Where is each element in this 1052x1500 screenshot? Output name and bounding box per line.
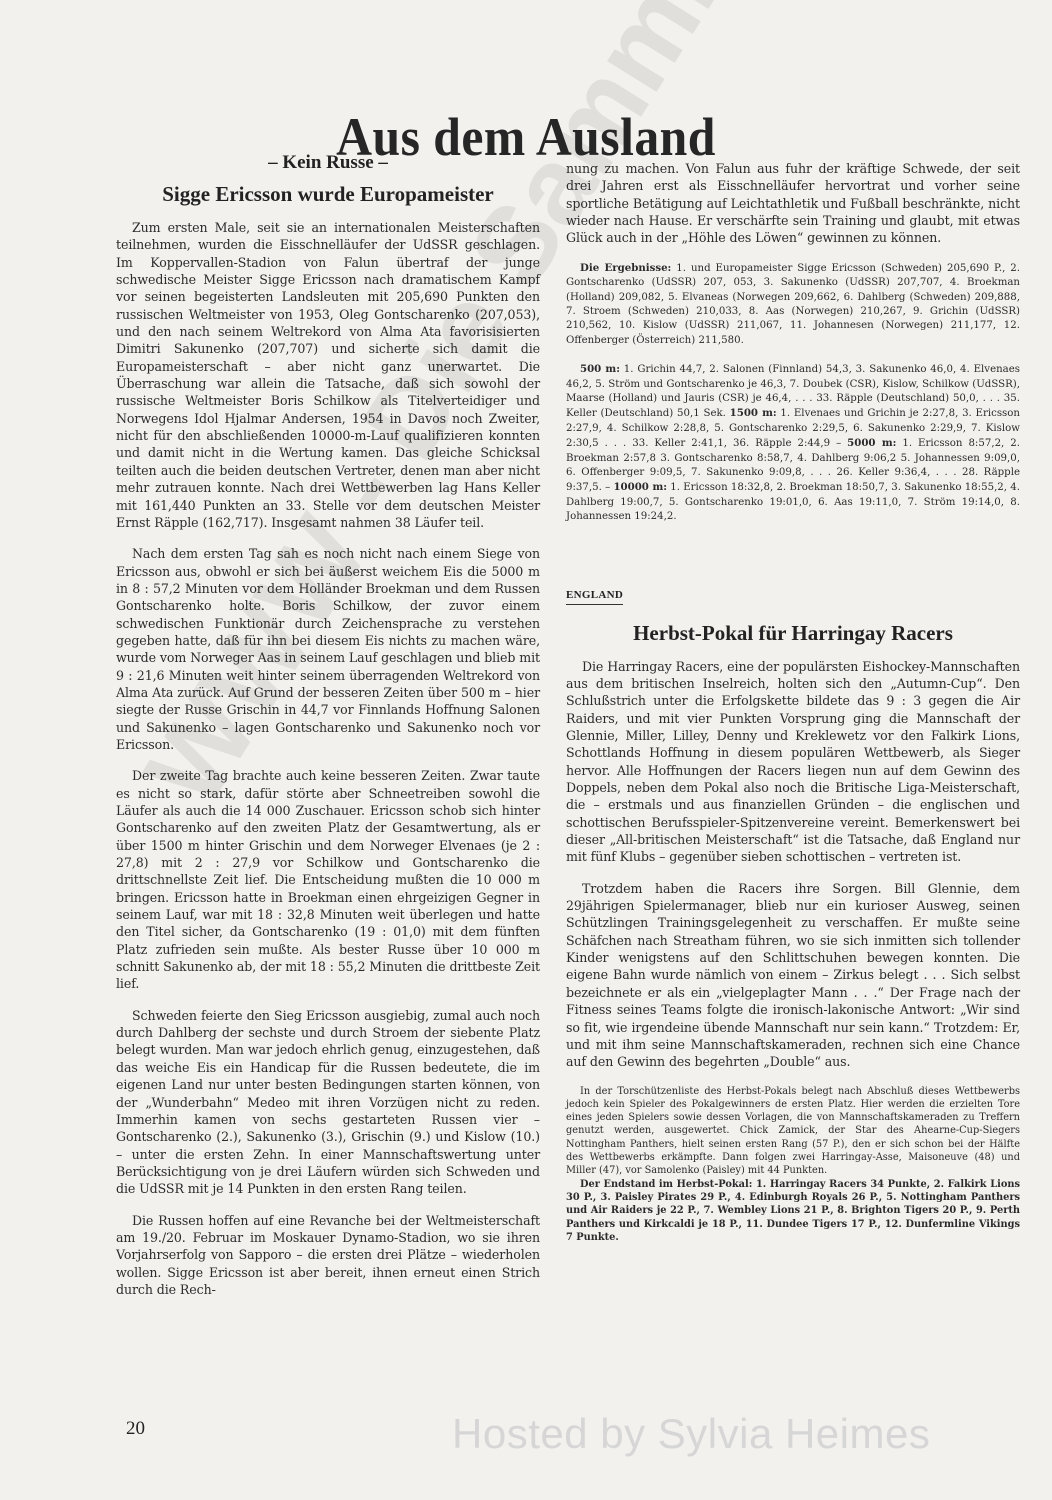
- m10000-label: 10000 m:: [613, 481, 667, 493]
- article-paragraph: Der zweite Tag brachte auch keine besser…: [116, 767, 540, 992]
- left-column: – Kein Russe – Sigge Ericsson wurde Euro…: [116, 152, 540, 1312]
- article-paragraph: Die Russen hoffen auf eine Revanche bei …: [116, 1212, 540, 1299]
- scorers-note: In der Torschützenliste des Herbst-Pokal…: [566, 1085, 1020, 1178]
- article2-paragraph: Trotzdem haben die Racers ihre Sorgen. B…: [566, 880, 1020, 1071]
- m5000-label: 5000 m:: [847, 437, 896, 449]
- article-continuation: nung zu machen. Von Falun aus fuhr der k…: [566, 160, 1020, 247]
- m1500-label: 1500 m:: [730, 407, 777, 419]
- results-block: Die Ergebnisse: 1. und Europameister Sig…: [566, 261, 1020, 348]
- distance-results-block: 500 m: 1. Grichin 44,7, 2. Salonen (Finn…: [566, 362, 1020, 524]
- final-standings-note: Der Endstand im Herbst-Pokal: 1. Harring…: [566, 1178, 1020, 1244]
- article2-headline: Herbst-Pokal für Harringay Racers: [566, 621, 1020, 646]
- hosted-by-watermark: Hosted by Sylvia Heimes: [452, 1410, 930, 1458]
- m500-label: 500 m:: [580, 363, 620, 375]
- article-paragraph: Zum ersten Male, seit sie an internation…: [116, 219, 540, 531]
- right-column: nung zu machen. Von Falun aus fuhr der k…: [566, 160, 1020, 1244]
- article-headline: Sigge Ericsson wurde Europameister: [116, 182, 540, 207]
- article-paragraph: Schweden feierte den Sieg Ericsson ausgi…: [116, 1007, 540, 1198]
- page-number: 20: [126, 1418, 145, 1440]
- article2-paragraph: Die Harringay Racers, eine der populärst…: [566, 658, 1020, 866]
- section-tag-england: ENGLAND: [566, 589, 623, 605]
- results-text: 1. und Europameister Sigge Ericsson (Sch…: [566, 263, 1020, 346]
- results-label: Die Ergebnisse:: [580, 262, 671, 274]
- article-kicker: – Kein Russe –: [116, 152, 540, 174]
- article-paragraph: Nach dem ersten Tag sah es noch nicht na…: [116, 545, 540, 753]
